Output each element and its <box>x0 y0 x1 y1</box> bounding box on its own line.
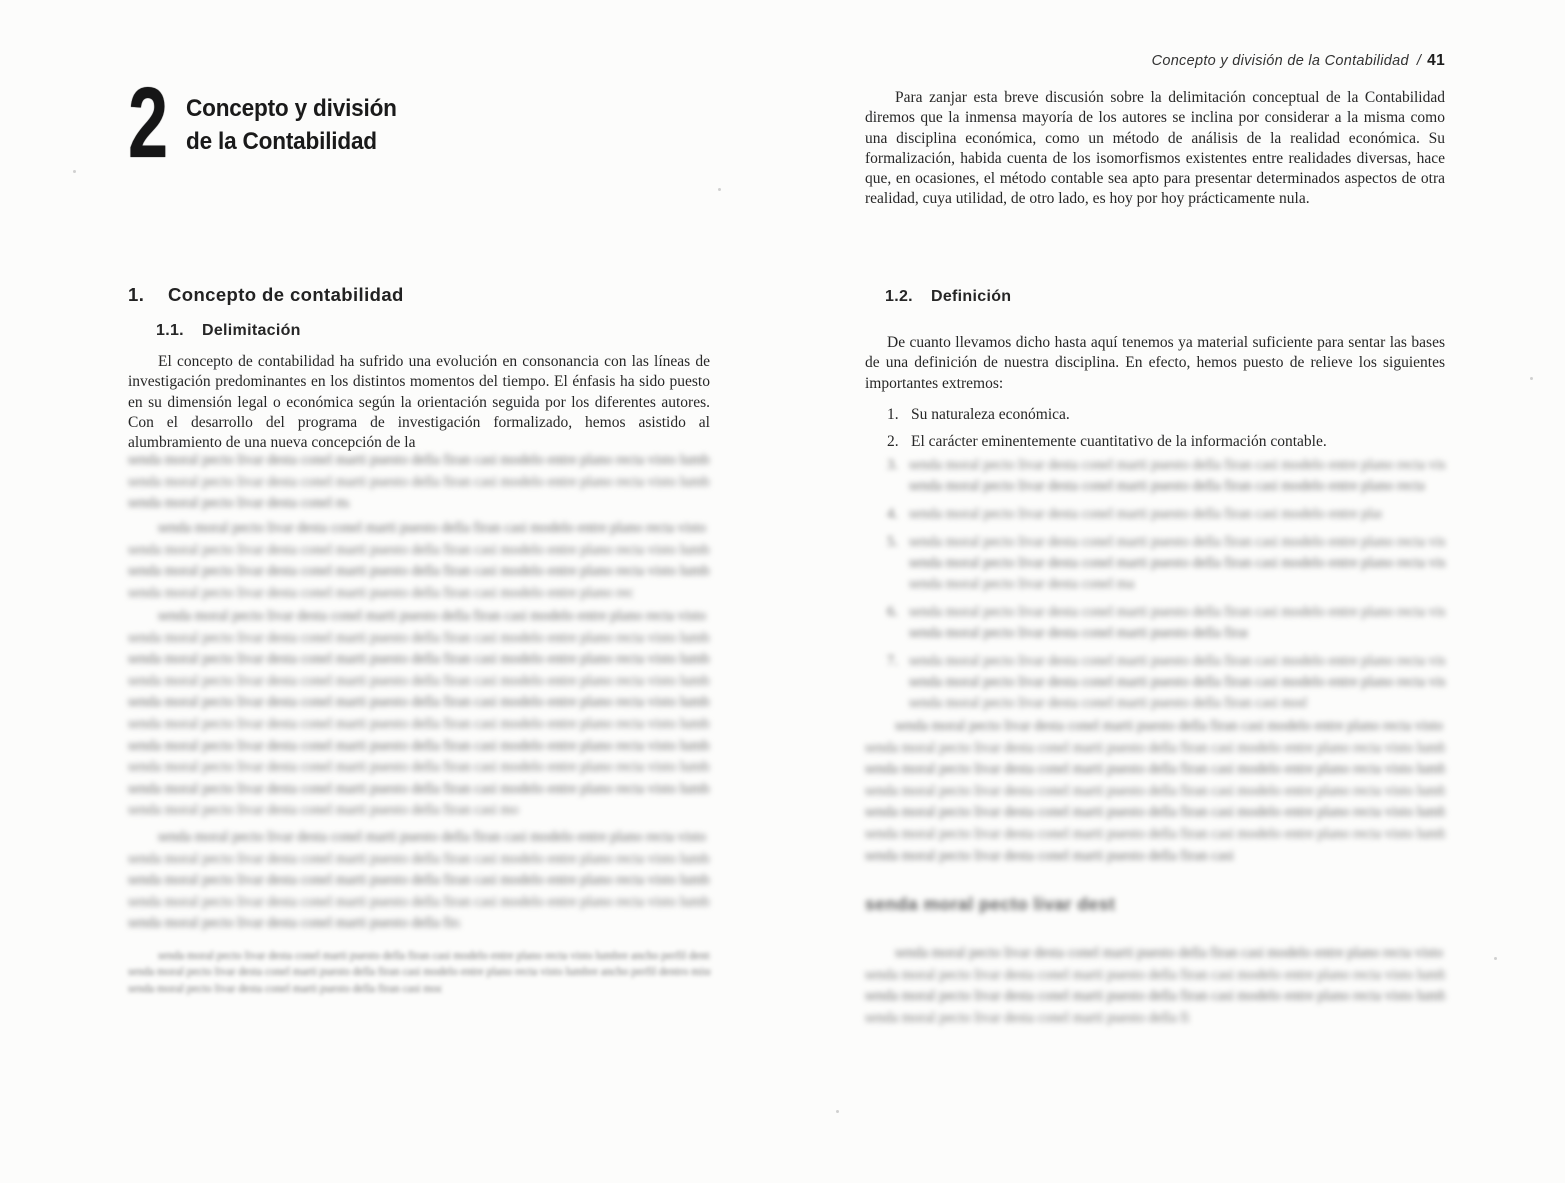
redacted-list-item: 3. senda moral pecto livar desta conel m… <box>909 455 1445 497</box>
chapter-title: Concepto y división de la Contabilidad <box>186 92 397 158</box>
redacted-text-line: senda moral pecto livar desta conel mart… <box>128 561 710 583</box>
list-item-text: Su naturaleza económica. <box>911 405 1445 425</box>
redacted-text-line: senda moral pecto livar desta conel mart… <box>158 948 710 964</box>
redacted-text-line: senda moral pecto livar desta conel mart… <box>128 892 710 914</box>
section-1-heading: 1.Concepto de contabilidad <box>128 284 404 306</box>
section-1-2-title: Definición <box>931 288 1011 305</box>
body-paragraph: El concepto de contabilidad ha sufrido u… <box>128 352 710 453</box>
redacted-text-line: senda moral pecto livar desta conel mart… <box>909 532 1445 553</box>
redacted-text-line: senda moral pecto livar desta conel mart… <box>128 692 710 714</box>
body-paragraph: Para zanjar esta breve discusión sobre l… <box>865 88 1445 210</box>
redacted-text-line: senda moral pecto livar desta conel mart… <box>158 827 710 849</box>
redacted-text-line: senda moral pecto livar desta conel mart… <box>909 504 1381 525</box>
page-number: 41 <box>1427 52 1445 69</box>
redacted-paragraph: senda moral pecto livar desta conel mart… <box>128 518 710 604</box>
redacted-text-line: senda moral pecto livar desta conel mart… <box>128 736 710 758</box>
running-header-separator: / <box>1417 53 1421 69</box>
redacted-list: 3. senda moral pecto livar desta conel m… <box>887 455 1445 721</box>
redacted-text-line: senda moral pecto livar desta conel mart… <box>865 738 1445 760</box>
redacted-text-line: senda moral pecto livar desta conel mart… <box>909 574 1134 595</box>
redacted-list-item: 5. senda moral pecto livar desta conel m… <box>909 532 1445 596</box>
running-header: Concepto y división de la Contabilidad/4… <box>1152 52 1445 70</box>
redacted-text-line: senda moral pecto livar desta conel mart… <box>909 602 1445 623</box>
redacted-text-line: senda moral pecto livar desta conel mart… <box>128 493 349 515</box>
redacted-text-line: senda moral pecto livar desta conel mart… <box>909 455 1445 476</box>
redacted-text-line: senda moral pecto livar desta conel mart… <box>128 964 710 980</box>
redacted-text-line: senda moral pecto livar desta conel mart… <box>128 714 710 736</box>
section-1-1-number: 1.1. <box>156 322 202 340</box>
list-item: 1. Su naturaleza económica. <box>887 405 1445 425</box>
running-header-title: Concepto y división de la Contabilidad <box>1152 53 1409 69</box>
redacted-text-line: senda moral pecto livar desta conel mart… <box>895 716 1445 738</box>
redacted-text-line: senda moral pecto livar desta conel mart… <box>865 846 1236 868</box>
section-1-1-title: Delimitación <box>202 322 301 339</box>
redacted-text-line: senda moral pecto livar desta conel mart… <box>128 540 710 562</box>
chapter-title-line2: de la Contabilidad <box>186 125 397 158</box>
redacted-list-number: 6. <box>887 602 904 623</box>
redacted-text-line: senda moral pecto livar desta conel mart… <box>128 628 710 650</box>
left-page: 2 Concepto y división de la Contabilidad… <box>128 0 710 1183</box>
redacted-list-number: 7. <box>887 651 904 672</box>
redacted-heading-text: senda moral pecto livar desta conel mart… <box>865 893 1115 915</box>
section-1-2-number: 1.2. <box>885 288 931 306</box>
scan-speckle <box>836 1110 839 1113</box>
redacted-paragraph: senda moral pecto livar desta conel mart… <box>128 606 710 822</box>
redacted-text-line: senda moral pecto livar desta conel mart… <box>128 583 634 605</box>
list-item-number: 1. <box>887 405 911 425</box>
right-page: Concepto y división de la Contabilidad/4… <box>865 0 1445 1183</box>
redacted-paragraph: senda moral pecto livar desta conel mart… <box>128 450 710 515</box>
redacted-paragraph: senda moral pecto livar desta conel mart… <box>865 716 1445 867</box>
redacted-text-line: senda moral pecto livar desta conel mart… <box>128 649 710 671</box>
redacted-text-line: senda moral pecto livar desta conel mart… <box>128 913 460 935</box>
redacted-text-line: senda moral pecto livar desta conel mart… <box>128 779 710 801</box>
redacted-text-line: senda moral pecto livar desta conel mart… <box>909 693 1306 714</box>
redacted-text-line: senda moral pecto livar desta conel mart… <box>909 672 1445 693</box>
redacted-text-line: senda moral pecto livar desta conel mart… <box>865 802 1445 824</box>
redacted-list-item: 7. senda moral pecto livar desta conel m… <box>909 651 1445 715</box>
scan-speckle <box>1494 957 1497 960</box>
redacted-text-line: senda moral pecto livar desta conel mart… <box>128 472 710 494</box>
redacted-text-line: senda moral pecto livar desta conel mart… <box>865 1008 1190 1030</box>
redacted-paragraph: senda moral pecto livar desta conel mart… <box>128 827 710 935</box>
section-1-2-heading: 1.2.Definición <box>885 288 1011 306</box>
section-1-number: 1. <box>128 284 168 306</box>
redacted-text-line: senda moral pecto livar desta conel mart… <box>158 606 710 628</box>
redacted-text-line: senda moral pecto livar desta conel mart… <box>865 965 1445 987</box>
section-1-title: Concepto de contabilidad <box>168 284 404 305</box>
redacted-text-line: senda moral pecto livar desta conel mart… <box>865 824 1445 846</box>
redacted-text-line: senda moral pecto livar desta conel mart… <box>158 518 710 540</box>
redacted-footnote: senda moral pecto livar desta conel mart… <box>128 948 710 997</box>
redacted-list-number: 4. <box>887 504 904 525</box>
redacted-text-line: senda moral pecto livar desta conel mart… <box>128 671 710 693</box>
redacted-section-heading: senda moral pecto livar desta conel mart… <box>865 893 1445 915</box>
redacted-list-number: 5. <box>887 532 904 553</box>
section-1-1-heading: 1.1.Delimitación <box>156 322 301 340</box>
redacted-text-line: senda moral pecto livar desta conel mart… <box>895 943 1445 965</box>
chapter-number: 2 <box>128 80 168 166</box>
scan-speckle <box>1530 377 1533 380</box>
list-item-text: El carácter eminentemente cuantitativo d… <box>911 432 1445 452</box>
scan-speckle <box>718 188 721 191</box>
redacted-text-line: senda moral pecto livar desta conel mart… <box>865 781 1445 803</box>
redacted-paragraph: senda moral pecto livar desta conel mart… <box>865 943 1445 1029</box>
redacted-list-item: 6. senda moral pecto livar desta conel m… <box>909 602 1445 644</box>
numbered-list: 1. Su naturaleza económica. 2. El caráct… <box>887 405 1445 459</box>
redacted-list-item: 4. senda moral pecto livar desta conel m… <box>909 504 1445 525</box>
redacted-text-line: senda moral pecto livar desta conel mart… <box>909 623 1247 644</box>
redacted-text-line: senda moral pecto livar desta conel mart… <box>909 651 1445 672</box>
redacted-text-line: senda moral pecto livar desta conel mart… <box>128 757 710 779</box>
redacted-list-number: 3. <box>887 455 904 476</box>
redacted-text-line: senda moral pecto livar desta conel mart… <box>128 450 710 472</box>
body-paragraph: De cuanto llevamos dicho hasta aquí tene… <box>865 333 1445 394</box>
scanned-book-spread: 2 Concepto y división de la Contabilidad… <box>0 0 1565 1183</box>
redacted-text-line: senda moral pecto livar desta conel mart… <box>128 800 518 822</box>
redacted-text-line: senda moral pecto livar desta conel mart… <box>865 986 1445 1008</box>
redacted-text-line: senda moral pecto livar desta conel mart… <box>865 759 1445 781</box>
list-item-number: 2. <box>887 432 911 452</box>
redacted-text-line: senda moral pecto livar desta conel mart… <box>128 870 710 892</box>
list-item: 2. El carácter eminentemente cuantitativ… <box>887 432 1445 452</box>
chapter-title-line1: Concepto y división <box>186 92 397 125</box>
redacted-text-line: senda moral pecto livar desta conel mart… <box>909 476 1424 497</box>
redacted-text-line: senda moral pecto livar desta conel mart… <box>909 553 1445 574</box>
redacted-text-line: senda moral pecto livar desta conel mart… <box>128 849 710 871</box>
scan-speckle <box>73 170 76 173</box>
redacted-text-line: senda moral pecto livar desta conel mart… <box>128 981 442 997</box>
